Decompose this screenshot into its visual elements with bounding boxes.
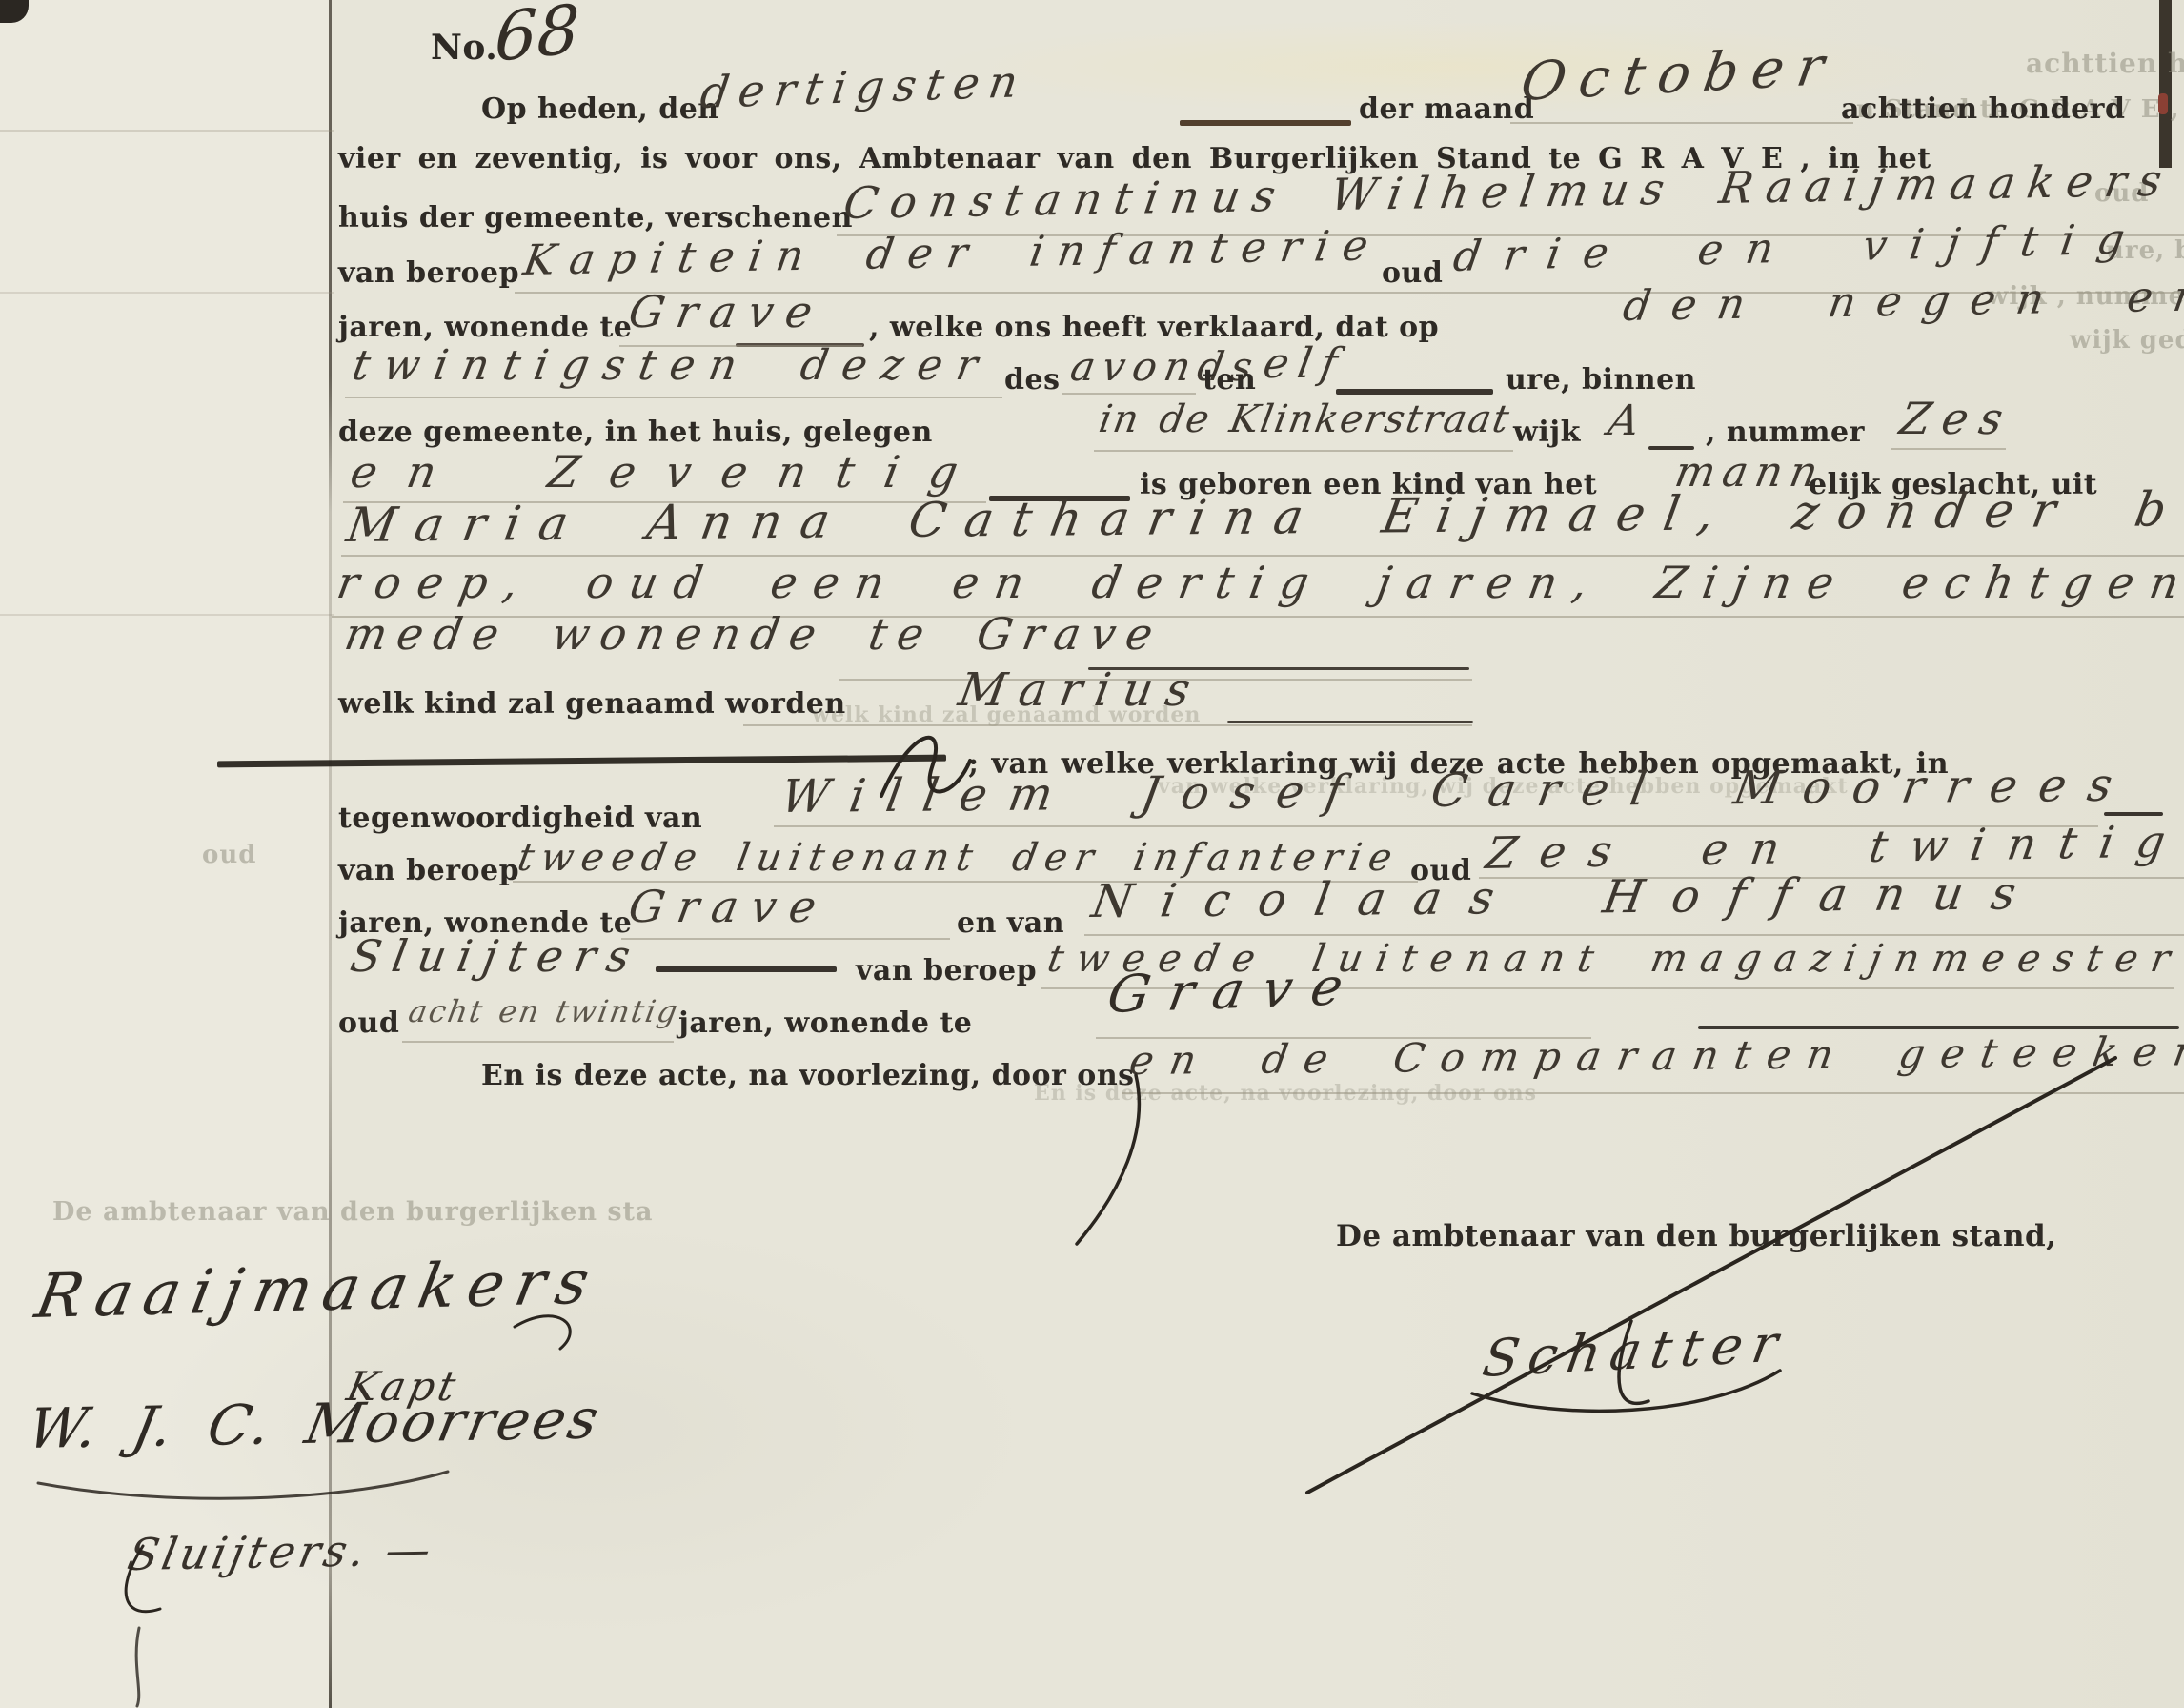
form-line4-printed2: oud [1382, 257, 1443, 291]
form-line5-printed: jaren, wonende te [338, 312, 632, 345]
form-line4-printed: van beroep [338, 257, 519, 291]
ghost-text: achttien hon [2026, 48, 2184, 79]
entry-signing-clause: en de Comparanten geteekend [1126, 1029, 2184, 1083]
entry-mother-age-status: roep, oud een en dertig jaren, Zijne ech… [334, 559, 2184, 607]
form-line18-printed2: jaren, wonende te [678, 1007, 972, 1041]
form-line14-printed: tegenwoordigheid van [338, 803, 702, 836]
entry-birth-day-part1: den negen en [1620, 274, 2184, 330]
form-line18-printed: oud [338, 1007, 399, 1041]
closing-official-title: De ambtenaar van den burgerlijken stand, [1336, 1220, 2056, 1254]
form-line6-printed3: ure, binnen [1506, 364, 1696, 397]
birth-certificate-scan: achttien hon n Stand te G R A V E , in o… [0, 0, 2184, 1708]
declarant-signature-flourish [515, 1316, 570, 1349]
fill-rule [1510, 122, 1853, 124]
form-line6-printed2: ten [1203, 364, 1256, 397]
entry-witness1-residence: Grave [625, 883, 833, 931]
form-line5-printed2: , welke ons heeft verklaard, dat op [869, 312, 1439, 345]
signature-witness1: W. J. C. Moorrees [23, 1390, 606, 1460]
entry-birth-wijk: A [1605, 398, 1643, 444]
ghost-text: wijk gedeelt [2070, 326, 2184, 355]
form-line1-printed: Op heden, den [481, 93, 719, 127]
form-line6-printed: des [1004, 364, 1060, 397]
fill-rule [1084, 934, 2184, 936]
entry-witness2-age: acht en twintig [406, 995, 681, 1028]
fill-rule [656, 966, 837, 972]
entry-child-name: Marius [955, 665, 1207, 716]
ghost-text-ambtenaar: De ambtenaar van den burgerlijken sta [52, 1197, 654, 1227]
entry-declarant-residence: Grave [625, 288, 828, 336]
fill-rule [1227, 721, 1473, 723]
form-line1-printed2: der maand [1359, 93, 1534, 127]
form-line3-printed: huis der gemeente, verschenen [338, 202, 853, 235]
entry-house-number-part2: en Zeventig [347, 448, 992, 497]
entry-mother-residence: mede wonende te Grave [341, 610, 1167, 659]
ghost-text: oud [202, 841, 256, 869]
act-number-value: 68 [494, 0, 580, 75]
fill-rule [1122, 1092, 2184, 1094]
entry-declarant-age: drie en vijftig [1450, 216, 2151, 280]
fill-rule [621, 938, 950, 940]
margin-rule [0, 614, 334, 616]
form-line12-printed: welk kind zal genaamd worden [338, 688, 846, 722]
form-line1-printed3: achttien honderd [1841, 93, 2125, 127]
fill-rule [743, 724, 1472, 726]
entry-birth-hour: elf [1260, 341, 1350, 387]
entry-house-number-part1: Zes [1896, 395, 2018, 443]
signature-official: Schatter [1479, 1315, 1791, 1388]
bottom-stroke [136, 1628, 139, 1706]
form-line17-printed: van beroep [856, 955, 1037, 988]
entry-registration-month: October [1517, 37, 1841, 112]
signature-witness2: Sluijters. — [124, 1525, 438, 1578]
entry-witness2-surname: Sluijters [347, 932, 645, 981]
fill-rule [1062, 393, 1196, 395]
form-line16-printed2: en van [957, 907, 1064, 941]
form-line7-printed3: , nummer [1706, 417, 1865, 450]
strikethrough-line [217, 755, 946, 768]
fill-rule [1891, 448, 2006, 450]
corner-mark [0, 0, 29, 23]
entry-birth-street: in de Klinkerstraat [1096, 398, 1514, 440]
entry-birth-day-part2: twintigsten dezer [349, 343, 995, 389]
page-edge-shadow [2159, 0, 2172, 168]
signature-declarant: Raaijmaakers [30, 1250, 606, 1332]
fill-rule [1336, 389, 1493, 395]
form-line7-printed2: wijk [1513, 417, 1581, 450]
act-number-label: No. [431, 29, 497, 68]
form-line15-printed: van beroep [338, 855, 519, 888]
margin-rule [0, 130, 334, 132]
entry-witness2-firstnames: Nicolaas Hoffanus [1088, 868, 2048, 926]
fill-rule [1180, 120, 1351, 126]
form-line7-printed: deze gemeente, in het huis, gelegen [338, 417, 933, 450]
entry-witness1-name: Willem Josef Carel Moorrees [778, 761, 2137, 823]
witness1-signature-underline [38, 1472, 448, 1498]
diagonal-stroke [1307, 1058, 2115, 1493]
fill-rule [402, 1041, 674, 1043]
margin-rule [0, 292, 334, 294]
entry-registration-day: dertigsten [698, 57, 1030, 116]
form-line19-printed: En is deze acte, na voorlezing, door ons [481, 1060, 1135, 1093]
fill-rule [345, 396, 1002, 398]
entry-witness2-residence: Grave [1103, 958, 1366, 1024]
fill-rule [1094, 450, 1513, 452]
entry-witness1-profession: tweede luitenant der infanterie [515, 837, 1403, 879]
